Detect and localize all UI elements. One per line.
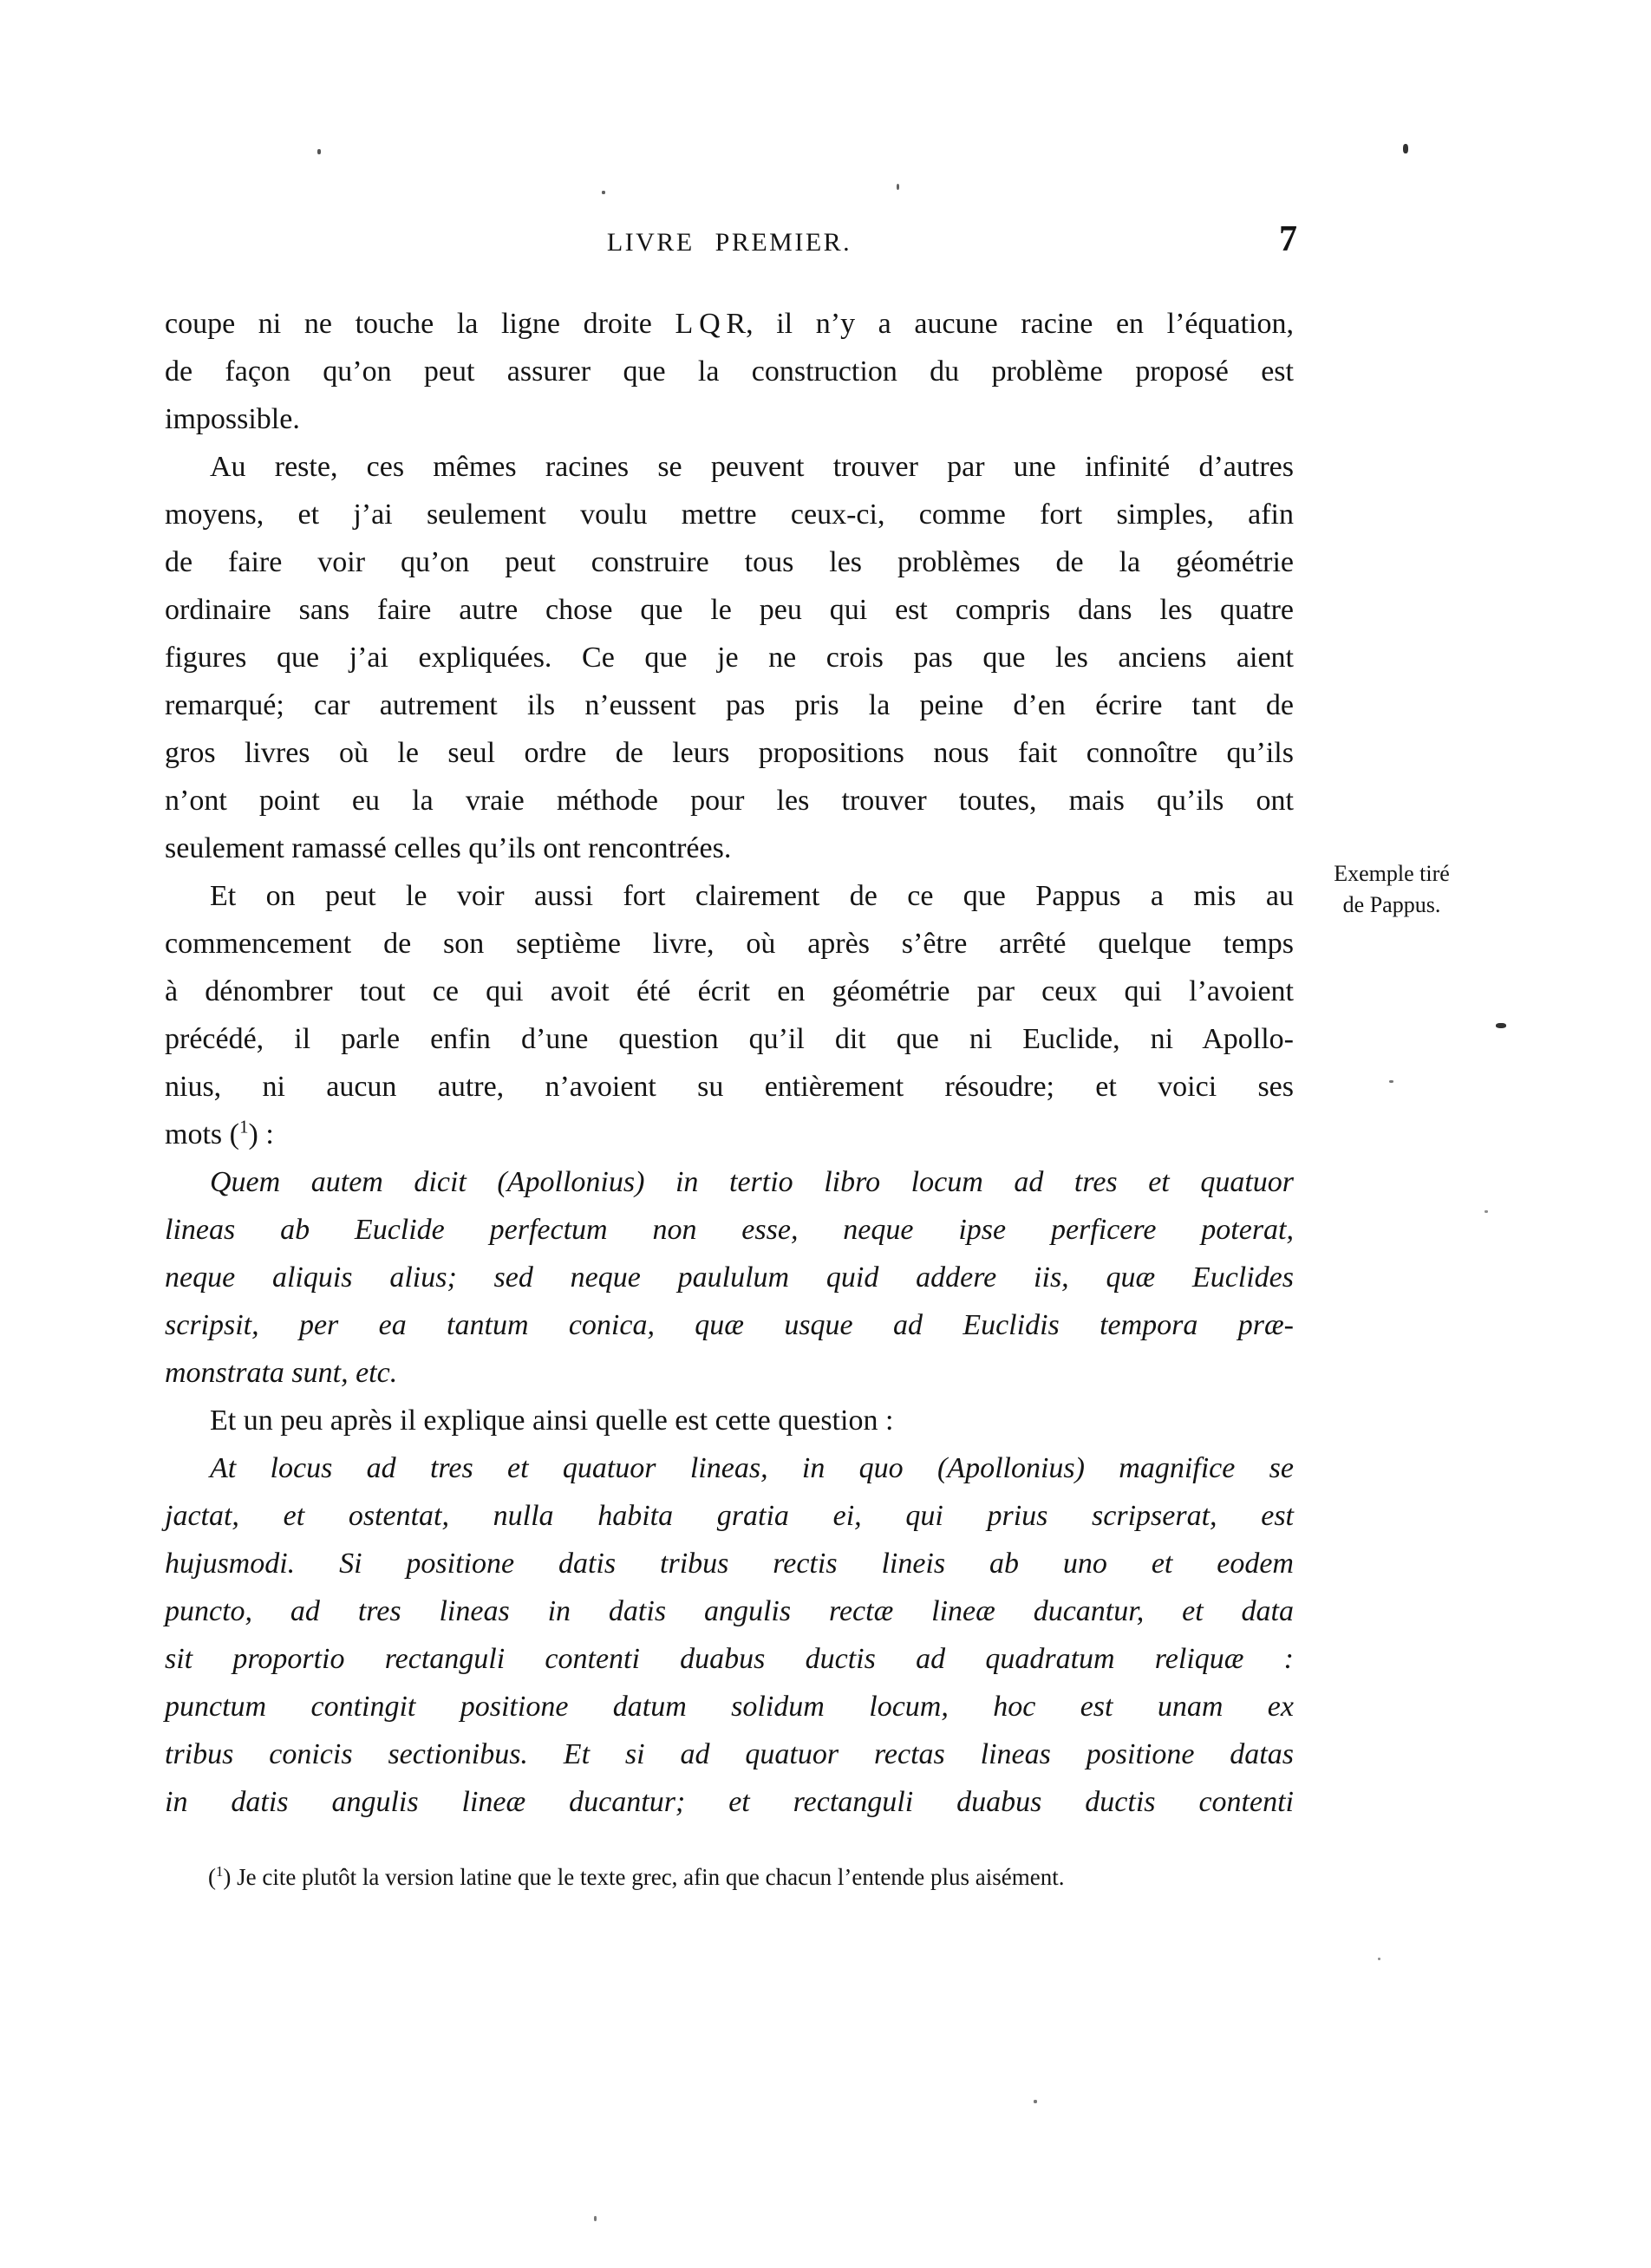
text-line: gros livres où le seul ordre de leurs pr… xyxy=(165,729,1294,777)
scan-speck xyxy=(602,191,605,194)
scan-speck xyxy=(1034,2100,1037,2103)
text-line: n’ont point eu la vraie méthode pour les… xyxy=(165,777,1294,824)
text-line: seulement ramassé celles qu’ils ont renc… xyxy=(165,824,1294,872)
text-line: ordinaire sans faire autre chose que le … xyxy=(165,586,1294,634)
text-line-with-footnote-ref: mots (1) : xyxy=(165,1111,1294,1158)
text-line: nius, ni aucun autre, n’avoient su entiè… xyxy=(165,1063,1294,1111)
running-header: LIVRE PREMIER. xyxy=(165,228,1294,257)
scan-speck xyxy=(1378,1958,1380,1960)
margin-note-line: de Pappus. xyxy=(1305,890,1478,921)
margin-note-line: Exemple tiré xyxy=(1305,858,1478,890)
footnote-text: Je cite plutôt la version latine que le … xyxy=(237,1864,1064,1890)
latin-quote-line: Quem autem dicit (Apollonius) in tertio … xyxy=(165,1158,1294,1206)
text-line: précédé, il parle enfin d’une question q… xyxy=(165,1015,1294,1063)
text-line: Au reste, ces mêmes racines se peuvent t… xyxy=(165,443,1294,491)
latin-quote-line: in datis angulis lineæ ducantur; et rect… xyxy=(165,1778,1294,1826)
latin-quote-line: sit proportio rectanguli contenti duabus… xyxy=(165,1635,1294,1683)
scanned-book-page: LIVRE PREMIER. 7 coupe ni ne touche la l… xyxy=(0,0,1651,2268)
latin-quote-line: punctum contingit positione datum solidu… xyxy=(165,1683,1294,1730)
latin-quote-line: lineas ab Euclide perfectum non esse, ne… xyxy=(165,1206,1294,1254)
footnote-ref-marker: 1 xyxy=(239,1117,249,1137)
latin-quote-line: At locus ad tres et quatuor lineas, in q… xyxy=(165,1444,1294,1492)
footnote: (1) Je cite plutôt la version latine que… xyxy=(208,1862,1318,1892)
text-fragment: mots ( xyxy=(165,1118,239,1150)
scan-speck xyxy=(317,149,321,154)
page-number: 7 xyxy=(1224,218,1297,260)
text-line: moyens, et j’ai seulement voulu mettre c… xyxy=(165,491,1294,538)
text-line: à dénombrer tout ce qui avoit été écrit … xyxy=(165,968,1294,1015)
latin-quote-line: puncto, ad tres lineas in datis angulis … xyxy=(165,1587,1294,1635)
latin-quote-line: neque aliquis alius; sed neque paululum … xyxy=(165,1254,1294,1301)
text-line: impossible. xyxy=(165,395,1294,443)
text-line: remarqué; car autrement ils n’eussent pa… xyxy=(165,681,1294,729)
scan-speck xyxy=(897,184,899,190)
scan-speck xyxy=(1403,144,1408,153)
scan-speck xyxy=(1485,1210,1488,1213)
text-line: Et un peu après il explique ainsi quelle… xyxy=(165,1397,1294,1444)
latin-quote-line: monstrata sunt, etc. xyxy=(165,1349,1294,1397)
margin-note: Exemple tiré de Pappus. xyxy=(1305,858,1478,921)
scan-speck xyxy=(1389,1080,1393,1083)
text-line: Et on peut le voir aussi fort clairement… xyxy=(165,872,1294,920)
scan-speck xyxy=(594,2216,597,2221)
footnote-marker: (1) xyxy=(208,1864,231,1890)
text-line: de faire voir qu’on peut construire tous… xyxy=(165,538,1294,586)
text-line: de façon qu’on peut assurer que la const… xyxy=(165,348,1294,395)
text-fragment: ) : xyxy=(249,1118,274,1150)
latin-quote-line: hujusmodi. Si positione datis tribus rec… xyxy=(165,1540,1294,1587)
text-line: figures que j’ai expliquées. Ce que je n… xyxy=(165,634,1294,681)
text-line: commencement de son septième livre, où a… xyxy=(165,920,1294,968)
latin-quote-line: scripsit, per ea tantum conica, quæ usqu… xyxy=(165,1301,1294,1349)
text-block: coupe ni ne touche la ligne droite L Q R… xyxy=(165,300,1294,1826)
text-line: coupe ni ne touche la ligne droite L Q R… xyxy=(165,300,1294,348)
latin-quote-line: jactat, et ostentat, nulla habita gratia… xyxy=(165,1492,1294,1540)
latin-quote-line: tribus conicis sectionibus. Et si ad qua… xyxy=(165,1730,1294,1778)
scan-speck xyxy=(1496,1023,1506,1028)
